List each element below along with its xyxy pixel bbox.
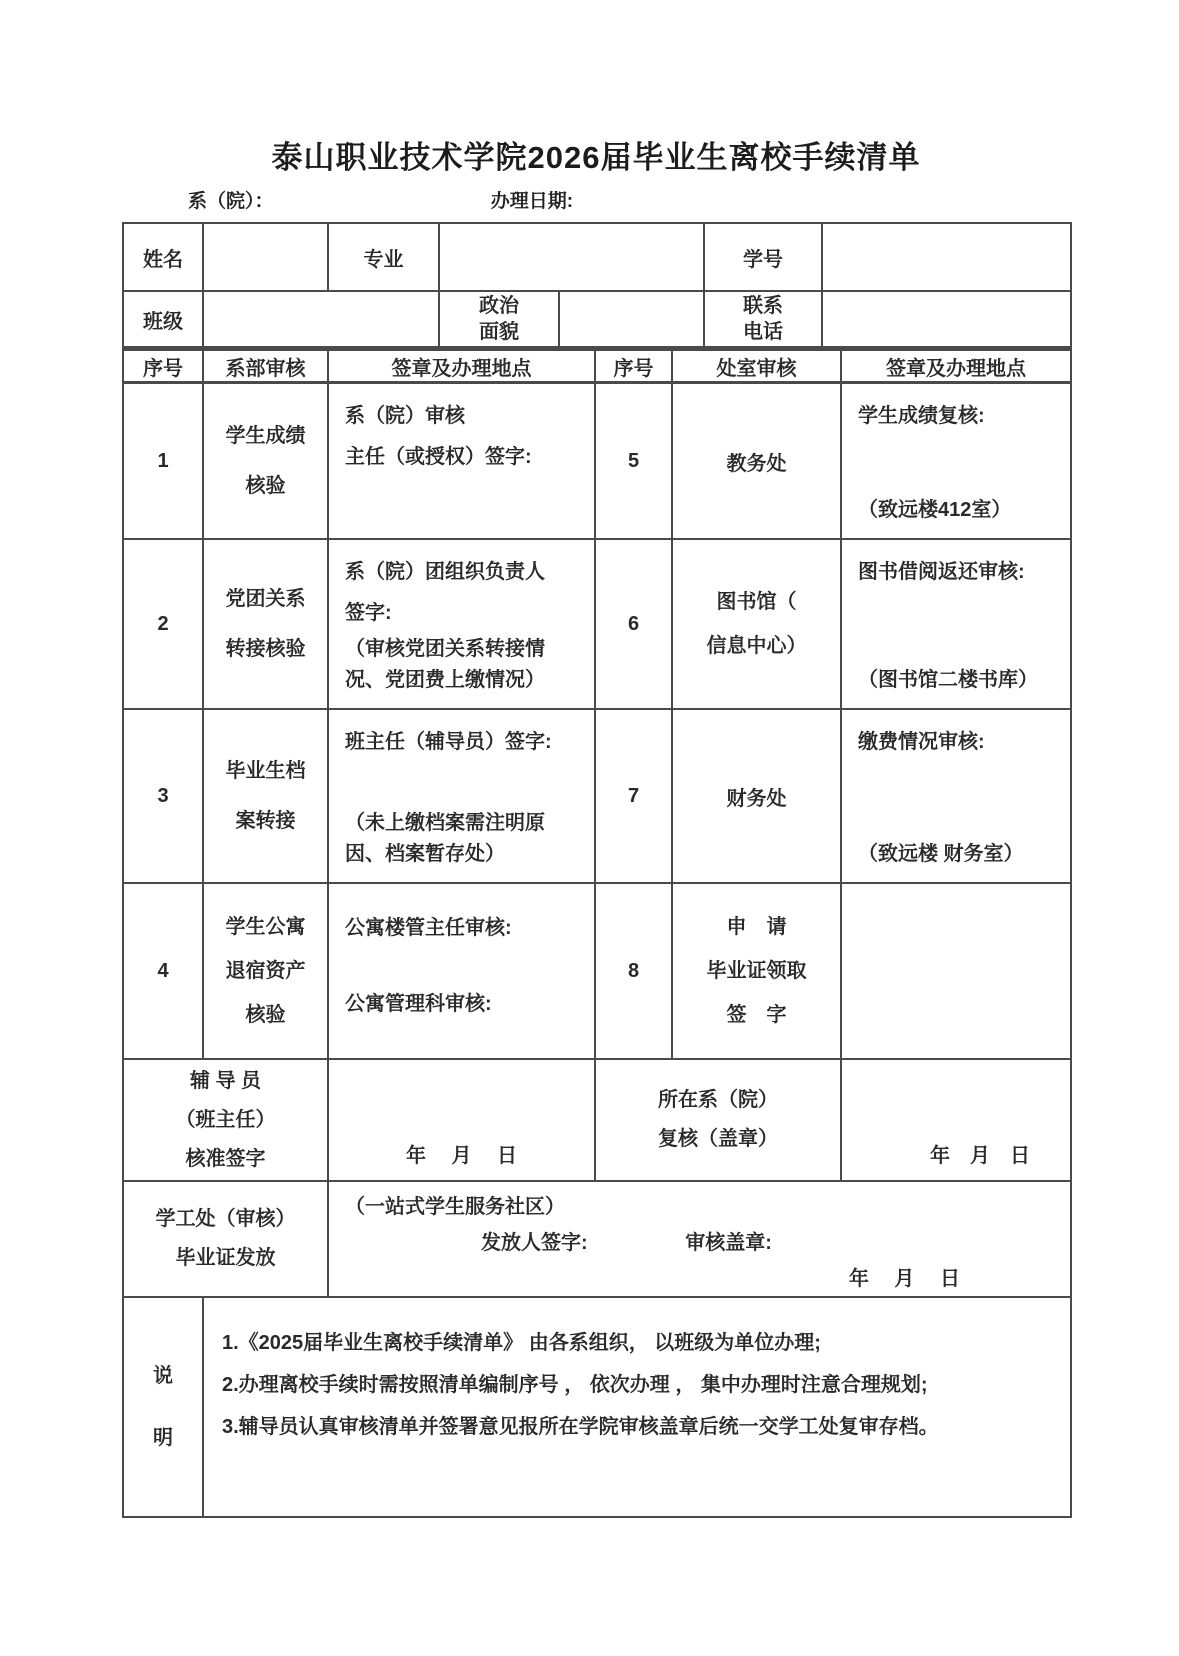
issue-detail-cell: （一站式学生服务社区） 发放人签字: 审核盖章: 年 月 日 bbox=[328, 1181, 1071, 1297]
item-2-name: 党团关系 转接核验 bbox=[203, 539, 328, 709]
item-2-sign-area: 系（院）团组织负责人 签字: （审核党团关系转接情况、党团费上缴情况） bbox=[329, 540, 594, 708]
item-1-sign-top: 系（院）审核 主任（或授权）签字: bbox=[345, 396, 582, 478]
col-office-audit: 处室审核 bbox=[672, 350, 841, 383]
student-info-table: 姓名 专业 学号 班级 政治 面貌 联系 电话 bbox=[122, 222, 1072, 349]
col-sign-left: 签章及办理地点 bbox=[328, 350, 595, 383]
item-7-sign-top: 缴费情况审核: bbox=[858, 722, 1058, 763]
dept-label: 系（院）： bbox=[188, 191, 274, 212]
item-3-sign-cell: 班主任（辅导员）签字: （未上缴档案需注明原因、档案暂存处） bbox=[328, 709, 595, 883]
major-label: 专业 bbox=[328, 223, 439, 291]
item-2-no: 2 bbox=[123, 539, 203, 709]
issue-sign-line: 发放人签字: 审核盖章: bbox=[345, 1226, 1070, 1260]
item-5-no: 5 bbox=[595, 383, 672, 540]
item-3-no: 3 bbox=[123, 709, 203, 883]
item-5-sign-area: 学生成绩复核: （致远楼412室） bbox=[842, 384, 1070, 538]
notes-label-cell: 说 明 bbox=[123, 1297, 203, 1517]
item-6-sign-cell: 图书借阅返还审核: （图书馆二楼书库） bbox=[841, 539, 1071, 709]
col-seq-right: 序号 bbox=[595, 350, 672, 383]
item-6-sign-bottom: （图书馆二楼书库） bbox=[858, 665, 1058, 696]
page-title: 泰山职业技术学院2026届毕业生离校手续清单 bbox=[122, 0, 1070, 176]
item-5-sign-cell: 学生成绩复核: （致远楼412室） bbox=[841, 383, 1071, 540]
process-date-label: 办理日期: bbox=[491, 191, 573, 212]
counselor-date-cell: 年 月 日 bbox=[328, 1059, 595, 1181]
phone-field bbox=[822, 291, 1071, 348]
col-seq-left: 序号 bbox=[123, 350, 203, 383]
notes-body-cell: 1.《2025届毕业生离校手续清单》 由各系组织， 以班级为单位办理; 2.办理… bbox=[203, 1297, 1071, 1517]
item-2-sign-bottom: （审核党团关系转接情况、党团费上缴情况） bbox=[345, 634, 582, 696]
name-field bbox=[203, 223, 328, 291]
item-1-name: 学生成绩 核验 bbox=[203, 383, 328, 540]
item-3-sign-bottom: （未上缴档案需注明原因、档案暂存处） bbox=[345, 808, 582, 870]
item-6-sign-top: 图书借阅返还审核: bbox=[858, 552, 1058, 593]
col-dept-audit: 系部审核 bbox=[203, 350, 328, 383]
item-4-sign-cell: 公寓楼管主任审核: 公寓管理科审核: bbox=[328, 883, 595, 1059]
item-4-sign-area: 公寓楼管主任审核: 公寓管理科审核: bbox=[329, 884, 594, 1058]
class-label: 班级 bbox=[123, 291, 203, 348]
table-header-row: 序号 系部审核 签章及办理地点 序号 处室审核 签章及办理地点 bbox=[123, 350, 1071, 383]
issue-date: 年 月 日 bbox=[345, 1262, 1070, 1296]
item-1-sign-area: 系（院）审核 主任（或授权）签字: bbox=[329, 384, 594, 538]
name-label: 姓名 bbox=[123, 223, 203, 291]
item-1-sign-cell: 系（院）审核 主任（或授权）签字: bbox=[328, 383, 595, 540]
student-id-label: 学号 bbox=[704, 223, 822, 291]
counselor-approval-row: 辅 导 员 （班主任） 核准签字 年 月 日 所在系（院） 复核（盖章） 年 月… bbox=[123, 1059, 1071, 1181]
item-3-sign-area: 班主任（辅导员）签字: （未上缴档案需注明原因、档案暂存处） bbox=[329, 710, 594, 882]
item-2-sign-cell: 系（院）团组织负责人 签字: （审核党团关系转接情况、党团费上缴情况） bbox=[328, 539, 595, 709]
counselor-date: 年 月 日 bbox=[329, 1060, 594, 1180]
procedure-table: 序号 系部审核 签章及办理地点 序号 处室审核 签章及办理地点 1 学生成绩 核… bbox=[122, 349, 1072, 1518]
item-7-sign-area: 缴费情况审核: （致远楼 财务室） bbox=[842, 710, 1070, 882]
notes-body: 1.《2025届毕业生离校手续清单》 由各系组织， 以班级为单位办理; 2.办理… bbox=[204, 1298, 1070, 1516]
procedure-row-2-6: 2 党团关系 转接核验 系（院）团组织负责人 签字: （审核党团关系转接情况、党… bbox=[123, 539, 1071, 709]
dept-review-date-cell: 年 月 日 bbox=[841, 1059, 1071, 1181]
item-6-name: 图书馆（ 信息中心） bbox=[672, 539, 841, 709]
audit-seal-label: 审核盖章: bbox=[685, 1232, 772, 1254]
procedure-row-4-8: 4 学生公寓 退宿资产 核验 公寓楼管主任审核: 公寓管理科审核: 8 申 请 … bbox=[123, 883, 1071, 1059]
issue-label-cell: 学工处（审核） 毕业证发放 bbox=[123, 1181, 328, 1297]
item-6-sign-area: 图书借阅返还审核: （图书馆二楼书库） bbox=[842, 540, 1070, 708]
item-5-name: 教务处 bbox=[672, 383, 841, 540]
item-4-sign-top: 公寓楼管主任审核: bbox=[345, 908, 582, 949]
item-2-sign-top: 系（院）团组织负责人 签字: bbox=[345, 552, 582, 634]
item-5-sign-bottom: （致远楼412室） bbox=[858, 495, 1058, 526]
item-4-sign-bottom: 公寓管理科审核: bbox=[345, 989, 582, 1020]
dept-review-cell: 所在系（院） 复核（盖章） bbox=[595, 1059, 841, 1181]
item-4-no: 4 bbox=[123, 883, 203, 1059]
procedure-row-3-7: 3 毕业生档 案转接 班主任（辅导员）签字: （未上缴档案需注明原因、档案暂存处… bbox=[123, 709, 1071, 883]
political-status-label: 政治 面貌 bbox=[439, 291, 559, 348]
item-8-name: 申 请 毕业证领取 签 字 bbox=[672, 883, 841, 1059]
issuer-sign-label: 发放人签字: bbox=[481, 1232, 588, 1254]
item-7-no: 7 bbox=[595, 709, 672, 883]
item-3-sign-top: 班主任（辅导员）签字: bbox=[345, 722, 582, 763]
item-4-name: 学生公寓 退宿资产 核验 bbox=[203, 883, 328, 1059]
counselor-sign-cell: 辅 导 员 （班主任） 核准签字 bbox=[123, 1059, 328, 1181]
item-8-no: 8 bbox=[595, 883, 672, 1059]
item-3-name: 毕业生档 案转接 bbox=[203, 709, 328, 883]
document-page: 泰山职业技术学院2026届毕业生离校手续清单 系（院）： 办理日期: 姓名 专业… bbox=[122, 0, 1070, 1518]
notes-row: 说 明 1.《2025届毕业生离校手续清单》 由各系组织， 以班级为单位办理; … bbox=[123, 1297, 1071, 1517]
political-status-field bbox=[559, 291, 704, 348]
col-sign-right: 签章及办理地点 bbox=[841, 350, 1071, 383]
subheader-line: 系（院）： 办理日期: bbox=[122, 186, 1070, 214]
diploma-issue-row: 学工处（审核） 毕业证发放 （一站式学生服务社区） 发放人签字: 审核盖章: 年… bbox=[123, 1181, 1071, 1297]
info-row-2: 班级 政治 面貌 联系 电话 bbox=[123, 291, 1071, 348]
item-1-no: 1 bbox=[123, 383, 203, 540]
issue-detail-area: （一站式学生服务社区） 发放人签字: 审核盖章: 年 月 日 bbox=[329, 1182, 1070, 1296]
item-5-sign-top: 学生成绩复核: bbox=[858, 396, 1058, 437]
procedure-row-1-5: 1 学生成绩 核验 系（院）审核 主任（或授权）签字: 5 教务处 学生成绩复核… bbox=[123, 383, 1071, 540]
phone-label: 联系 电话 bbox=[704, 291, 822, 348]
class-field bbox=[203, 291, 439, 348]
major-field bbox=[439, 223, 704, 291]
item-7-name: 财务处 bbox=[672, 709, 841, 883]
dept-review-date: 年 月 日 bbox=[842, 1060, 1070, 1180]
item-6-no: 6 bbox=[595, 539, 672, 709]
item-7-sign-cell: 缴费情况审核: （致远楼 财务室） bbox=[841, 709, 1071, 883]
student-id-field bbox=[822, 223, 1071, 291]
info-row-1: 姓名 专业 学号 bbox=[123, 223, 1071, 291]
item-7-sign-bottom: （致远楼 财务室） bbox=[858, 839, 1058, 870]
item-8-sign-cell bbox=[841, 883, 1071, 1059]
issue-community-line: （一站式学生服务社区） bbox=[345, 1190, 1070, 1224]
